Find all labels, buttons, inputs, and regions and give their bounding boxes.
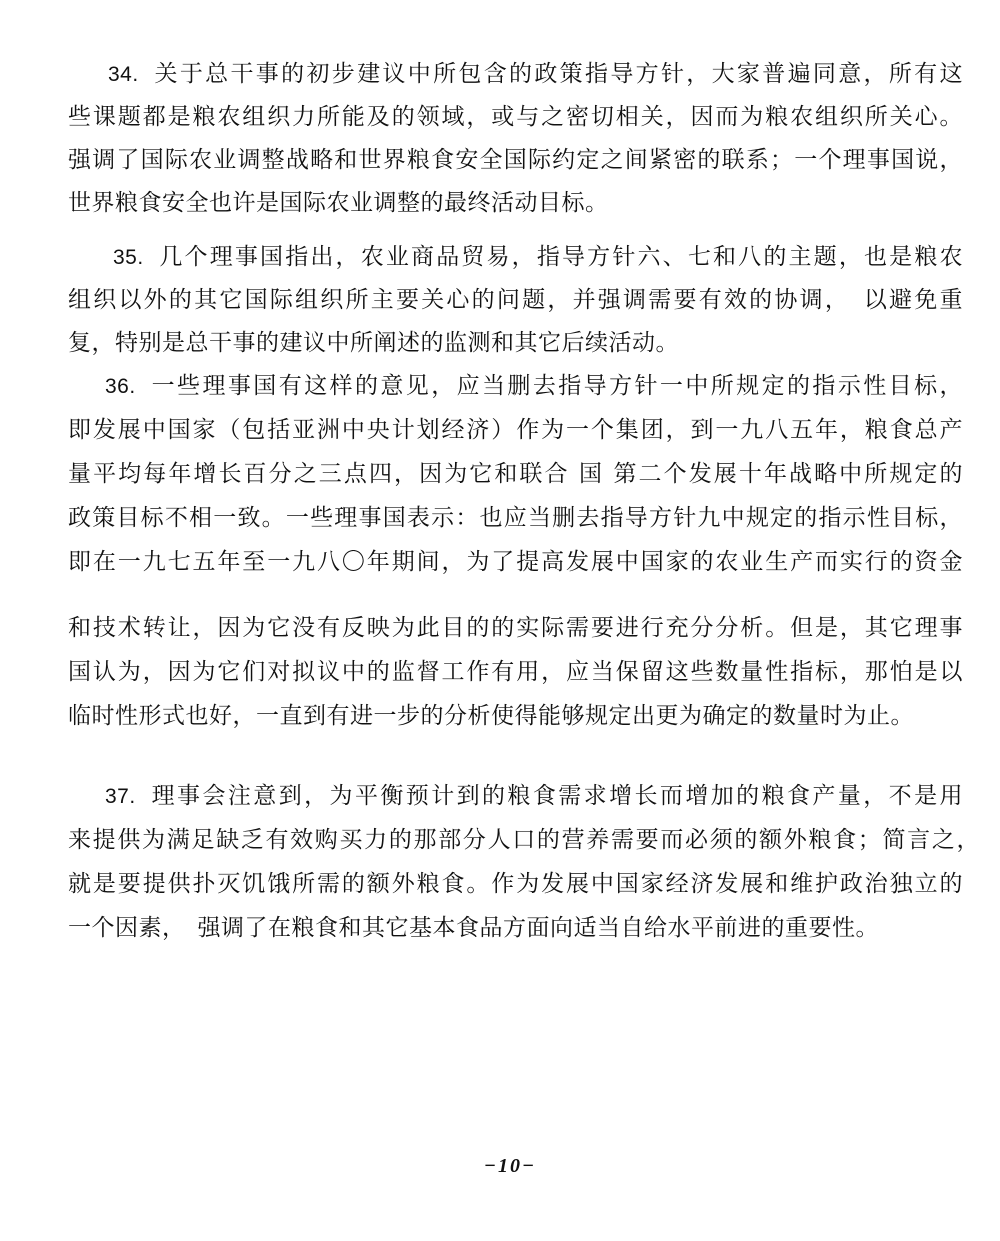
paragraph-36-line-6: 和技术转让，因为它没有反映为此目的的实际需要进行充分分析。但是，其它理事 bbox=[68, 610, 963, 646]
paragraph-number: 35. bbox=[113, 246, 144, 269]
paragraph-36-line-8: 临时性形式也好，一直到有进一步的分析使得能够规定出更为确定的数量时为止。 bbox=[68, 698, 963, 734]
paragraph-34-line-3: 强调了国际农业调整战略和世界粮食安全国际约定之间紧密的联系；一个理事国说， bbox=[68, 142, 963, 178]
document-page: 34.关于总干事的初步建议中所包含的政策指导方针，大家普遍同意，所有这 些课题都… bbox=[0, 0, 1000, 1241]
paragraph-36-line-4: 政策目标不相一致。一些理事国表示：也应当删去指导方针九中规定的指示性目标， bbox=[68, 500, 963, 536]
page-number: −10− bbox=[470, 1155, 550, 1178]
paragraph-37-line-3: 就是要提供扑灭饥饿所需的额外粮食。作为发展中国家经济发展和维护政治独立的 bbox=[68, 866, 963, 902]
paragraph-36-line-5: 即在一九七五年至一九八〇年期间，为了提高发展中国家的农业生产而实行的资金 bbox=[68, 544, 963, 580]
paragraph-36-line-7: 国认为，因为它们对拟议中的监督工作有用，应当保留这些数量性指标，那怕是以 bbox=[68, 654, 963, 690]
paragraph-35-line-1: 35.几个理事国指出，农业商品贸易，指导方针六、七和八的主题，也是粮农 bbox=[113, 239, 963, 275]
paragraph-number: 36. bbox=[105, 375, 136, 398]
paragraph-34-line-4: 世界粮食安全也许是国际农业调整的最终活动目标。 bbox=[68, 185, 963, 221]
paragraph-34-line-2: 些课题都是粮农组织力所能及的领域，或与之密切相关，因而为粮农组织所关心。 bbox=[68, 99, 963, 135]
paragraph-37-line-1: 37.理事会注意到，为平衡预计到的粮食需求增长而增加的粮食产量，不是用 bbox=[105, 778, 963, 814]
paragraph-35-line-3: 复，特别是总干事的建议中所阐述的监测和其它后续活动。 bbox=[68, 325, 963, 361]
paragraph-36-line-2: 即发展中国家（包括亚洲中央计划经济）作为一个集团，到一九八五年，粮食总产 bbox=[68, 412, 963, 448]
paragraph-36-line-1: 36.一些理事国有这样的意见，应当删去指导方针一中所规定的指示性目标， bbox=[105, 368, 963, 404]
paragraph-number: 34. bbox=[108, 63, 139, 86]
paragraph-37-line-4: 一个因素， 强调了在粮食和其它基本食品方面向适当自给水平前进的重要性。 bbox=[68, 910, 963, 946]
paragraph-34-line-1: 34.关于总干事的初步建议中所包含的政策指导方针，大家普遍同意，所有这 bbox=[108, 56, 963, 92]
paragraph-36-line-3: 量平均每年增长百分之三点四，因为它和联合 国 第二个发展十年战略中所规定的 bbox=[68, 456, 963, 492]
paragraph-35-line-2: 组织以外的其它国际组织所主要关心的问题，并强调需要有效的协调， 以避免重 bbox=[68, 282, 963, 318]
paragraph-37-line-2: 来提供为满足缺乏有效购买力的那部分人口的营养需要而必须的额外粮食；简言之， bbox=[68, 822, 980, 858]
paragraph-number: 37. bbox=[105, 785, 136, 808]
